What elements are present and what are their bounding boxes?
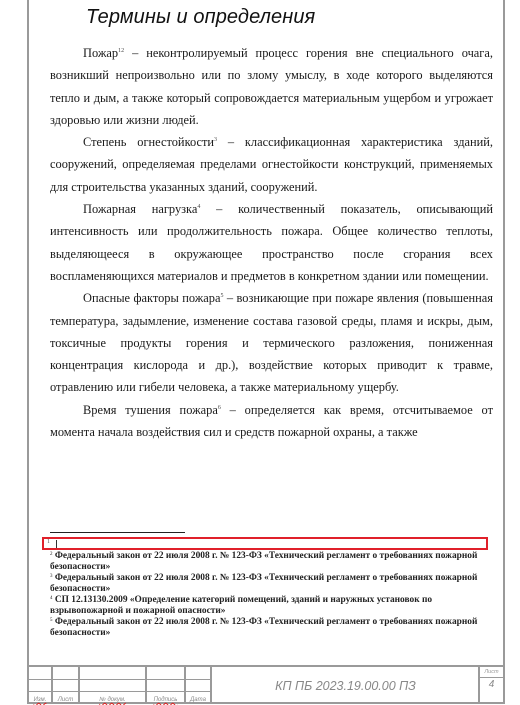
footnote-number: 4	[50, 596, 53, 601]
col-label-doc-number: № докум.	[80, 697, 145, 703]
section-title: Термины и определения	[86, 6, 315, 29]
term: Пожар	[83, 46, 118, 60]
footnote-text: Федеральный закон от 22 июля 2008 г. № 1…	[50, 551, 477, 572]
col-label-date: Дата	[186, 697, 210, 703]
col-label-change: Изм.	[29, 697, 51, 703]
footnotes[interactable]: 2 Федеральный закон от 22 июля 2008 г. №…	[50, 551, 490, 639]
title-block-stamp: Изм. Лист № докум. Подпись Дата КП ПБ 20…	[27, 665, 505, 704]
document-body[interactable]: Пожар12 – неконтролируемый процесс горен…	[50, 42, 493, 443]
paragraph-fire-resistance: Степень огнестойкости3 – классификационн…	[50, 131, 493, 198]
footnote-5: 5 Федеральный закон от 22 июля 2008 г. №…	[50, 617, 490, 639]
paragraph-fire: Пожар12 – неконтролируемый процесс горен…	[50, 42, 493, 131]
term: Степень огнестойкости	[83, 135, 214, 149]
sheet-number: 4	[480, 679, 503, 690]
col-label-signature: Подпись	[147, 697, 184, 703]
footnote-text: Федеральный закон от 22 июля 2008 г. № 1…	[50, 573, 477, 594]
footnote-text: Федеральный закон от 22 июля 2008 г. № 1…	[50, 617, 477, 638]
footnote-number: 3	[50, 574, 53, 579]
footnote-separator	[50, 532, 185, 533]
col-label-sheet: Лист	[53, 697, 78, 703]
footnote-1-highlight-box	[42, 537, 488, 550]
document-code: КП ПБ 2023.19.00.00 ПЗ	[213, 667, 478, 704]
footnote-2: 2 Федеральный закон от 22 июля 2008 г. №…	[50, 551, 490, 573]
footnote-number: 2	[50, 552, 53, 557]
term: Пожарная нагрузка	[83, 202, 197, 216]
grid-line	[210, 667, 212, 704]
term: Время тушения пожара	[83, 403, 218, 417]
footnote-3: 3 Федеральный закон от 22 июля 2008 г. №…	[50, 573, 490, 595]
footnote-text: СП 12.13130.2009 «Определение категорий …	[50, 595, 432, 616]
definition: – возникающие при пожаре явления (повыше…	[50, 291, 493, 394]
revision-grid: Изм. Лист № докум. Подпись Дата	[27, 667, 211, 704]
sheet-box: Лист 4	[478, 667, 503, 704]
paragraph-extinguishing-time: Время тушения пожара6 – определяется как…	[50, 399, 493, 444]
footnote-number: 5	[50, 618, 53, 623]
footnote-4: 4 СП 12.13130.2009 «Определение категори…	[50, 595, 490, 617]
paragraph-fire-hazards: Опасные факторы пожара5 – возникающие пр…	[50, 287, 493, 398]
term: Опасные факторы пожара	[83, 291, 221, 305]
sheet-label: Лист	[480, 667, 503, 678]
footnote-1-number: 1	[47, 539, 50, 545]
paragraph-fire-load: Пожарная нагрузка4 – количественный пока…	[50, 198, 493, 287]
text-cursor	[56, 540, 57, 548]
